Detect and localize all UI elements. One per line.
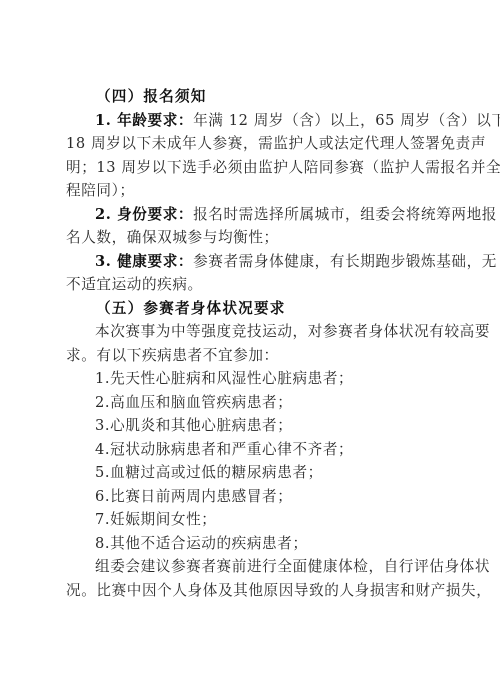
condition-item: 5.血糖过高或过低的糖尿病患者； [66, 461, 438, 485]
health-requirement-label: 3. 健康要求： [95, 253, 193, 270]
document-page: （四）报名须知 1. 年龄要求：年满 12 周岁（含）以上，65 周岁（含）以下… [66, 85, 438, 602]
intro-line-1: 本次赛事为中等强度竞技运动，对参赛者身体状况有较高要 [66, 320, 438, 344]
health-requirement-line-1: 3. 健康要求：参赛者需身体健康，有长期跑步锻炼基础，无 [66, 250, 438, 274]
age-requirement-line-1: 1. 年龄要求：年满 12 周岁（含）以上，65 周岁（含）以下。 [66, 109, 438, 133]
closing-line-2: 况。比赛中因个人身体及其他原因导致的人身损害和财产损失， [66, 579, 438, 603]
age-requirement-line-4: 程陪同）； [66, 179, 438, 203]
condition-item: 8.其他不适合运动的疾病患者； [66, 532, 438, 556]
condition-item: 3.心肌炎和其他心脏病患者； [66, 414, 438, 438]
identity-requirement-line-1: 2. 身份要求：报名时需选择所属城市，组委会将统筹两地报 [66, 203, 438, 227]
condition-item: 6.比赛日前两周内患感冒者； [66, 485, 438, 509]
condition-item: 2.高血压和脑血管疾病患者； [66, 391, 438, 415]
section-4-heading: （四）报名须知 [66, 85, 438, 109]
intro-line-2: 求。有以下疾病患者不宜参加： [66, 344, 438, 368]
closing-line-1: 组委会建议参赛者赛前进行全面健康体检，自行评估身体状 [66, 555, 438, 579]
identity-requirement-label: 2. 身份要求： [95, 206, 193, 223]
age-requirement-line-3: 明；13 周岁以下选手必须由监护人陪同参赛（监护人需报名并全 [66, 156, 438, 180]
age-requirement-label: 1. 年龄要求： [95, 112, 193, 129]
condition-item: 1.先天性心脏病和风湿性心脏病患者； [66, 367, 438, 391]
section-5-heading: （五）参赛者身体状况要求 [66, 297, 438, 321]
identity-requirement-line-2: 名人数，确保双城参与均衡性； [66, 226, 438, 250]
condition-item: 7.妊娠期间女性； [66, 508, 438, 532]
condition-item: 4.冠状动脉病患者和严重心律不齐者； [66, 438, 438, 462]
health-requirement-line-2: 不适宜运动的疾病。 [66, 273, 438, 297]
age-requirement-line-2: 18 周岁以下未成年人参赛，需监护人或法定代理人签署免责声 [66, 132, 438, 156]
